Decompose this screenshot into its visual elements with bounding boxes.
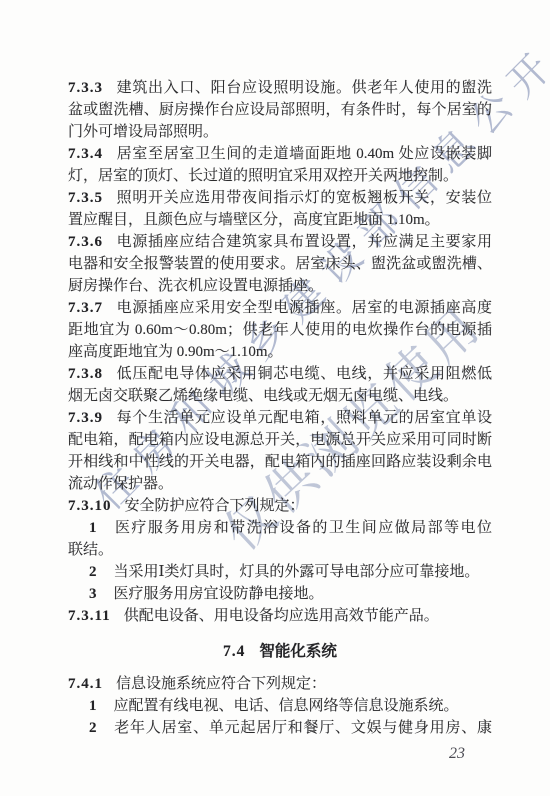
continuation-line: 电器和安全报警装置的使用要求。居室床头、盥洗盆或盥洗槽、 xyxy=(68,253,492,275)
continuation-line: 座高度距地宜为 0.90m～1.10m。 xyxy=(68,341,492,363)
line-text: 电源插座应结合建筑家具布置设置，并应满足主要家用 xyxy=(116,234,492,250)
continuation-line: 开相线和中性线的开关电器，配电箱内的插座回路应装设剩余电 xyxy=(68,451,492,473)
continuation-line: 厨房操作台、洗衣机应设置电源插座。 xyxy=(68,275,492,297)
clause-number: 7.3.3 xyxy=(68,80,103,96)
list-item-line: 3医疗服务用房宜设防静电接地。 xyxy=(68,583,492,605)
line-text: 配电箱，配电箱内应设电源总开关，电源总开关应采用可同时断 xyxy=(68,432,492,448)
item-number: 3 xyxy=(89,586,98,602)
document-page: 住房和城乡建设部信息公开 仅供浏览使用 7.3.3建筑出入口、阳台应设照明设施。… xyxy=(0,0,550,796)
continuation-line: 盆或盥洗槽、厨房操作台应设局部照明，有条件时，每个居室的 xyxy=(68,99,492,121)
list-item-line: 2当采用Ⅰ类灯具时，灯具的外露可导电部分应可靠接地。 xyxy=(68,561,492,583)
clause-line: 7.3.5照明开关应选用带夜间指示灯的宽板翘板开关，安装位 xyxy=(68,187,492,209)
line-text: 电源插座应采用安全型电源插座。居室的电源插座高度 xyxy=(116,300,492,316)
continuation-line: 灯，居室的顶灯、长过道的照明宜采用双控开关两地控制。 xyxy=(68,165,492,187)
line-text: 距地宜为 0.60m～0.80m；供老年人使用的电炊操作台的电源插 xyxy=(68,322,492,338)
item-number: 1 xyxy=(89,520,98,536)
clause-number: 7.3.5 xyxy=(68,190,103,206)
clause-line: 7.3.11供配电设备、用电设备均应选用高效节能产品。 xyxy=(68,605,492,627)
line-text: 灯，居室的顶灯、长过道的照明宜采用双控开关两地控制。 xyxy=(68,168,458,184)
page-number: 23 xyxy=(449,745,465,763)
clause-line: 7.3.10安全防护应符合下列规定： xyxy=(68,495,492,517)
line-text: 应配置有线电视、电话、信息网络等信息设施系统。 xyxy=(114,698,459,714)
clause-number: 7.3.6 xyxy=(68,234,103,250)
clause-line: 7.4.1信息设施系统应符合下列规定： xyxy=(68,673,492,695)
clause-line: 7.3.6电源插座应结合建筑家具布置设置，并应满足主要家用 xyxy=(68,231,492,253)
line-text: 医疗服务用房和带洗浴设备的卫生间应做局部等电位 xyxy=(114,520,493,536)
line-text: 当采用Ⅰ类灯具时，灯具的外露可导电部分应可靠接地。 xyxy=(114,564,480,580)
clause-number: 7.3.7 xyxy=(68,300,103,316)
line-text: 医疗服务用房宜设防静电接地。 xyxy=(114,586,324,602)
section-number: 7.4 xyxy=(223,643,245,660)
item-number: 2 xyxy=(89,564,98,580)
continuation-line: 门外可增设局部照明。 xyxy=(68,121,492,143)
list-item-line: 1医疗服务用房和带洗浴设备的卫生间应做局部等电位 xyxy=(68,517,492,539)
section-title: 智能化系统 xyxy=(259,643,337,660)
clause-number: 7.4.1 xyxy=(68,676,103,692)
line-text: 置应醒目，且颜色应与墙壁区分，高度宜距地面 1.10m。 xyxy=(68,212,440,228)
list-item-line: 2老年人居室、单元起居厅和餐厅、文娱与健身用房、康 xyxy=(68,717,492,739)
continuation-line: 烟无卤交联聚乙烯绝缘电缆、电线或无烟无卤电缆、电线。 xyxy=(68,385,492,407)
clause-number: 7.3.9 xyxy=(68,410,103,426)
continuation-line: 配电箱，配电箱内应设电源总开关，电源总开关应采用可同时断 xyxy=(68,429,492,451)
clause-number: 7.3.11 xyxy=(68,608,111,624)
line-text: 安全防护应符合下列规定： xyxy=(125,498,305,514)
line-text: 联结。 xyxy=(68,542,113,558)
line-text: 居室至居室卫生间的走道墙面距地 0.40m 处应设嵌装脚 xyxy=(116,146,492,162)
line-text: 烟无卤交联聚乙烯绝缘电缆、电线或无烟无卤电缆、电线。 xyxy=(68,388,458,404)
continuation-line: 流动作保护器。 xyxy=(68,473,492,495)
line-text: 厨房操作台、洗衣机应设置电源插座。 xyxy=(68,278,323,294)
clause-number: 7.3.10 xyxy=(68,498,112,514)
section-heading: 7.4智能化系统 xyxy=(68,641,492,663)
line-text: 每个生活单元应设单元配电箱，照料单元的居室宜单设 xyxy=(116,410,492,426)
continuation-line: 联结。 xyxy=(68,539,492,561)
clause-number: 7.3.8 xyxy=(68,366,103,382)
line-text: 低压配电导体应采用铜芯电缆、电线，并应采用阻燃低 xyxy=(116,366,492,382)
continuation-line: 距地宜为 0.60m～0.80m；供老年人使用的电炊操作台的电源插 xyxy=(68,319,492,341)
list-item-line: 1应配置有线电视、电话、信息网络等信息设施系统。 xyxy=(68,695,492,717)
clause-line: 7.3.9每个生活单元应设单元配电箱，照料单元的居室宜单设 xyxy=(68,407,492,429)
line-text: 建筑出入口、阳台应设照明设施。供老年人使用的盥洗 xyxy=(116,80,492,96)
clause-line: 7.3.7电源插座应采用安全型电源插座。居室的电源插座高度 xyxy=(68,297,492,319)
clause-line: 7.3.4居室至居室卫生间的走道墙面距地 0.40m 处应设嵌装脚 xyxy=(68,143,492,165)
line-text: 门外可增设局部照明。 xyxy=(68,124,218,140)
item-number: 1 xyxy=(89,698,98,714)
line-text: 开相线和中性线的开关电器，配电箱内的插座回路应装设剩余电 xyxy=(68,454,492,470)
line-text: 座高度距地宜为 0.90m～1.10m。 xyxy=(68,344,283,360)
line-text: 供配电设备、用电设备均应选用高效节能产品。 xyxy=(124,608,439,624)
document-body: 7.3.3建筑出入口、阳台应设照明设施。供老年人使用的盥洗盆或盥洗槽、厨房操作台… xyxy=(68,77,492,739)
item-number: 2 xyxy=(89,720,98,736)
clause-line: 7.3.3建筑出入口、阳台应设照明设施。供老年人使用的盥洗 xyxy=(68,77,492,99)
line-text: 电器和安全报警装置的使用要求。居室床头、盥洗盆或盥洗槽、 xyxy=(68,256,492,272)
line-text: 老年人居室、单元起居厅和餐厅、文娱与健身用房、康 xyxy=(114,720,493,736)
line-text: 盆或盥洗槽、厨房操作台应设局部照明，有条件时，每个居室的 xyxy=(68,102,492,118)
continuation-line: 置应醒目，且颜色应与墙壁区分，高度宜距地面 1.10m。 xyxy=(68,209,492,231)
line-text: 信息设施系统应符合下列规定： xyxy=(116,676,326,692)
clause-line: 7.3.8低压配电导体应采用铜芯电缆、电线，并应采用阻燃低 xyxy=(68,363,492,385)
line-text: 流动作保护器。 xyxy=(68,476,173,492)
line-text: 照明开关应选用带夜间指示灯的宽板翘板开关，安装位 xyxy=(116,190,492,206)
clause-number: 7.3.4 xyxy=(68,146,103,162)
